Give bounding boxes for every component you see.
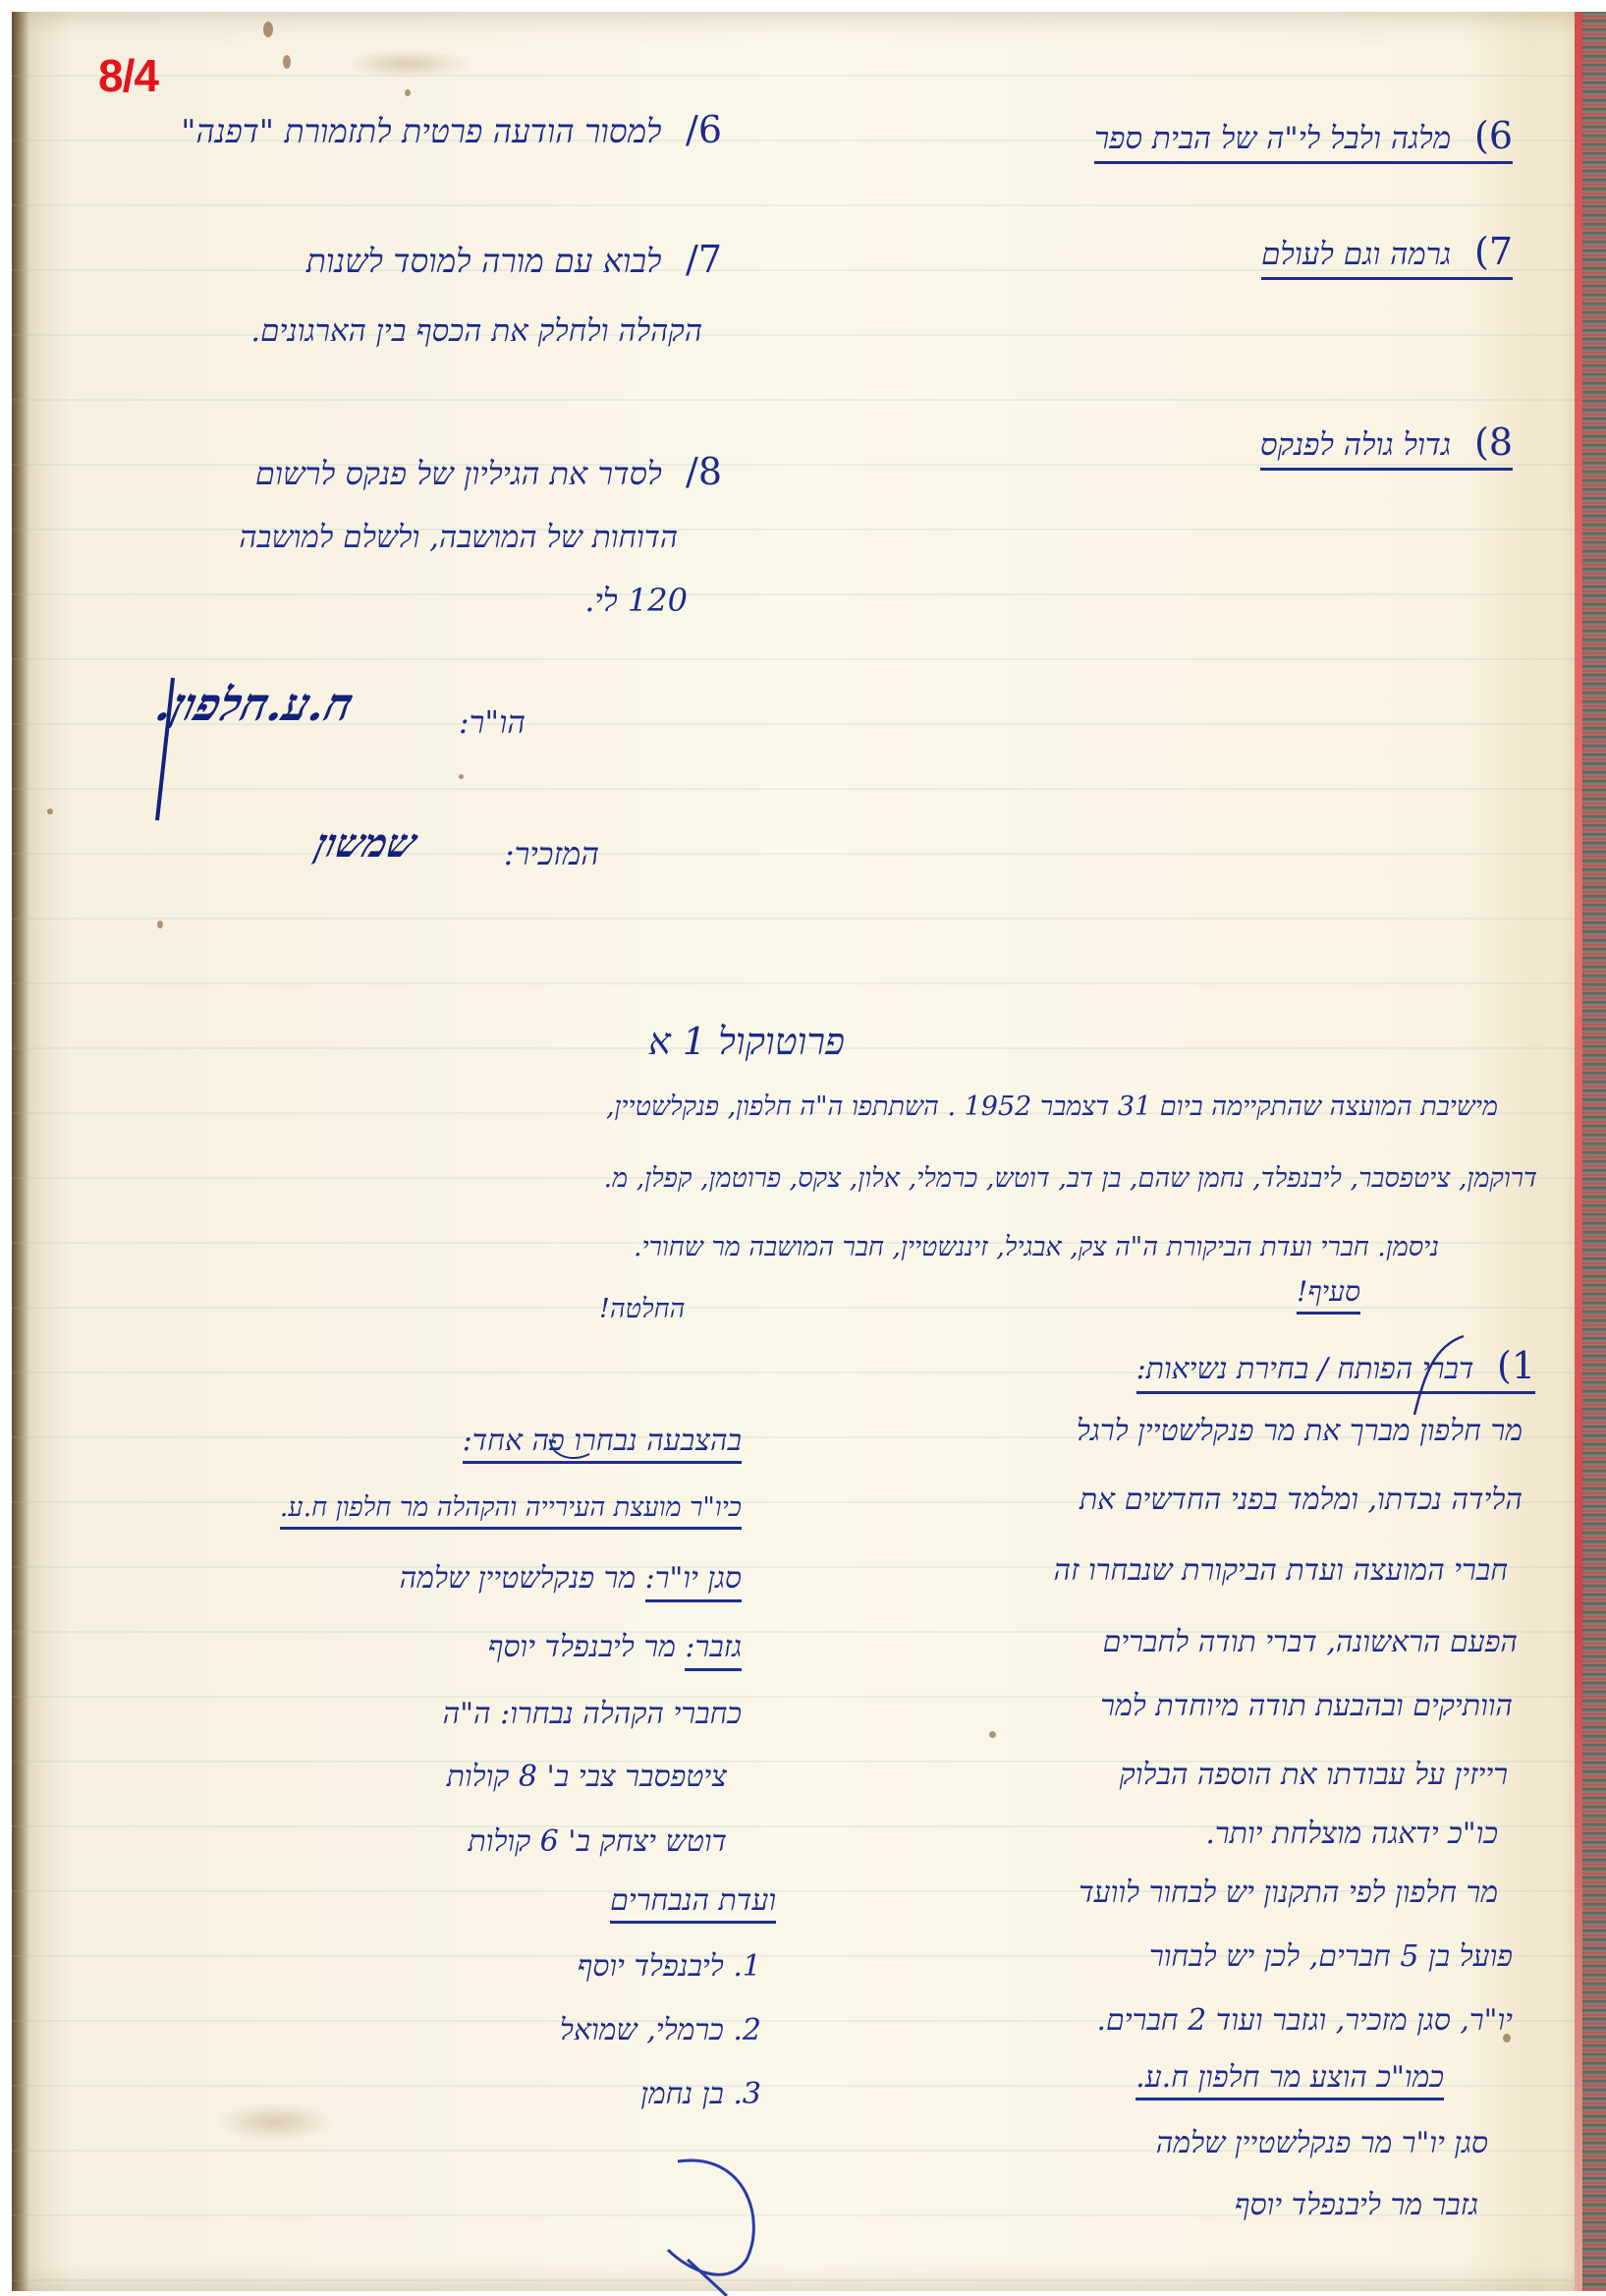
pen-stroke-signature-tail	[0, 0, 1606, 2296]
